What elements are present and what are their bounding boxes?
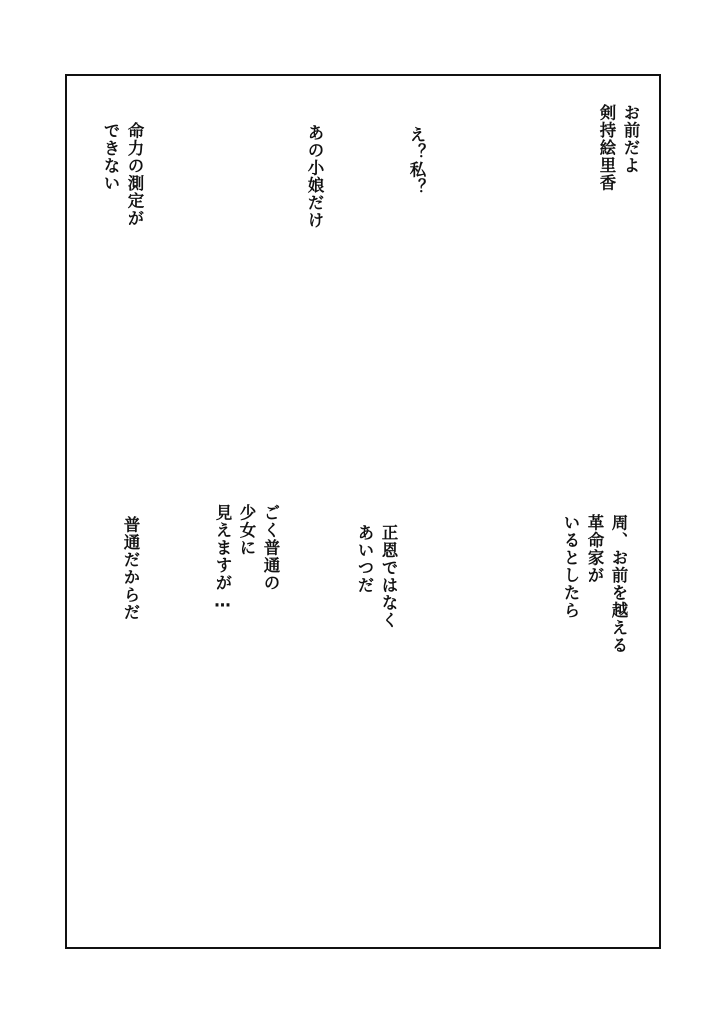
dialogue-line: お前だよ bbox=[618, 104, 642, 192]
speech-bubble-8: 普通だからだ bbox=[118, 516, 142, 621]
dialogue-line: ごく普通の bbox=[258, 504, 282, 612]
speech-bubble-3: あの小娘だけ bbox=[302, 124, 326, 229]
dialogue-line: あの小娘だけ bbox=[302, 124, 326, 229]
speech-bubble-4: 命力の測定が できない bbox=[98, 122, 146, 227]
dialogue-line: 剣持絵里香 bbox=[594, 104, 618, 192]
dialogue-line: 見えますが… bbox=[210, 504, 234, 612]
manga-panel-frame bbox=[65, 74, 661, 949]
dialogue-line: 命力の測定が bbox=[122, 122, 146, 227]
dialogue-line: あいつだ bbox=[352, 524, 376, 629]
speech-bubble-7: ごく普通の 少女に 見えますが… bbox=[210, 504, 282, 612]
dialogue-line: いるとしたら bbox=[558, 514, 582, 654]
dialogue-line: 正恩ではなく bbox=[376, 524, 400, 629]
dialogue-line: 周、お前を越える bbox=[606, 514, 630, 654]
dialogue-line: できない bbox=[98, 122, 122, 227]
dialogue-line: え？私？ bbox=[404, 126, 428, 196]
speech-bubble-1: お前だよ 剣持絵里香 bbox=[594, 104, 642, 192]
speech-bubble-2: え？私？ bbox=[404, 126, 428, 196]
dialogue-line: 普通だからだ bbox=[118, 516, 142, 621]
dialogue-line: 革命家が bbox=[582, 514, 606, 654]
dialogue-line: 少女に bbox=[234, 504, 258, 612]
speech-bubble-6: 正恩ではなく あいつだ bbox=[352, 524, 400, 629]
speech-bubble-5: 周、お前を越える 革命家が いるとしたら bbox=[558, 514, 630, 654]
